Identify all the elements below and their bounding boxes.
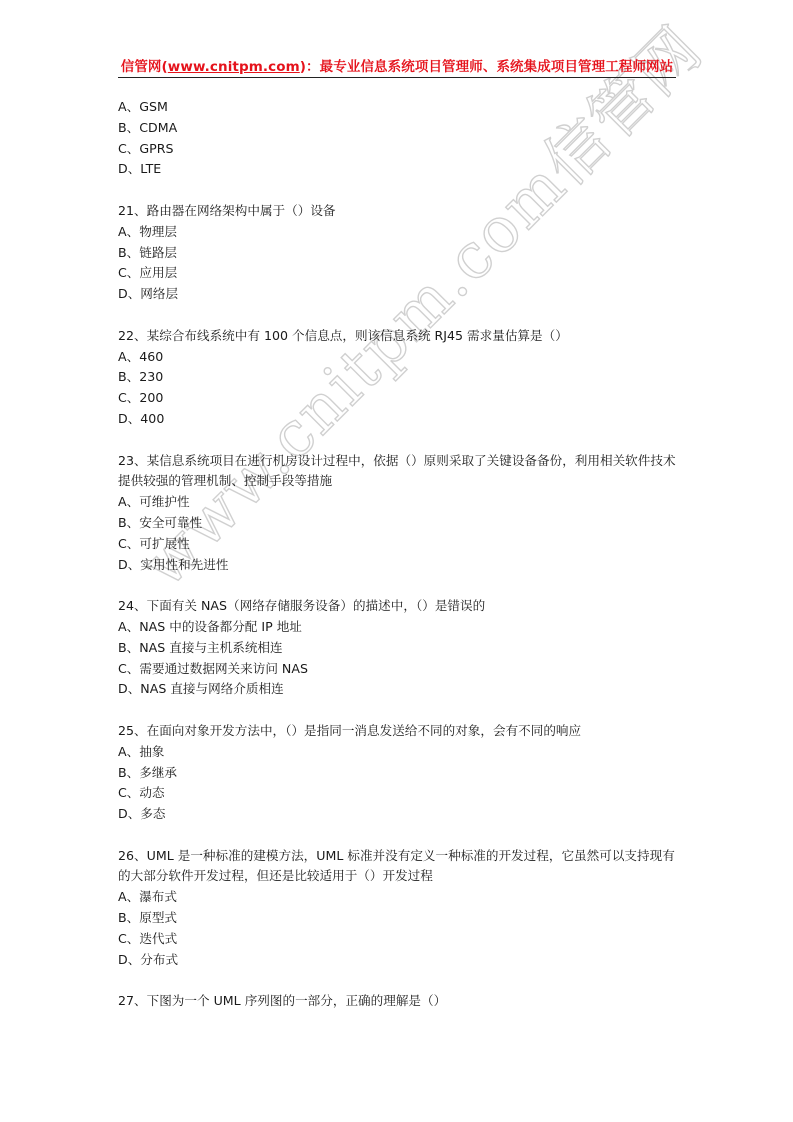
header-tagline: )：最专业信息系统项目管理师、系统集成项目管理工程师网站 bbox=[300, 59, 673, 75]
option-b: B、230 bbox=[118, 367, 678, 388]
option-a: A、460 bbox=[118, 347, 678, 368]
option-c: C、需要通过数据网关来访问 NAS bbox=[118, 659, 678, 680]
option-c: C、动态 bbox=[118, 783, 678, 804]
option-a: A、抽象 bbox=[118, 742, 678, 763]
option-c: C、GPRS bbox=[118, 139, 678, 160]
question-25: 25、在面向对象开发方法中，（）是指同一消息发送给不同的对象，会有不同的响应 A… bbox=[118, 721, 678, 825]
option-b: B、链路层 bbox=[118, 243, 678, 264]
question-21: 21、路由器在网络架构中属于（）设备 A、物理层 B、链路层 C、应用层 D、网… bbox=[118, 201, 678, 305]
option-d: D、多态 bbox=[118, 804, 678, 825]
option-a: A、GSM bbox=[118, 97, 678, 118]
question-26: 26、UML 是一种标准的建模方法，UML 标准并没有定义一种标准的开发过程，它… bbox=[118, 846, 678, 971]
question-27: 27、下图为一个 UML 序列图的一部分，正确的理解是（） bbox=[118, 991, 678, 1012]
option-b: B、多继承 bbox=[118, 763, 678, 784]
option-c: C、迭代式 bbox=[118, 929, 678, 950]
option-d: D、400 bbox=[118, 409, 678, 430]
question-stem: 23、某信息系统项目在进行机房设计过程中，依据（）原则采取了关键设备备份，利用相… bbox=[118, 451, 678, 493]
header-url-link[interactable]: www.cnitpm.com bbox=[168, 59, 300, 75]
option-b: B、NAS 直接与主机系统相连 bbox=[118, 638, 678, 659]
option-a: A、NAS 中的设备都分配 IP 地址 bbox=[118, 617, 678, 638]
option-a: A、瀑布式 bbox=[118, 887, 678, 908]
question-stem: 24、下面有关 NAS（网络存储服务设备）的描述中，（）是错误的 bbox=[118, 596, 678, 617]
option-a: A、物理层 bbox=[118, 222, 678, 243]
question-stem: 21、路由器在网络架构中属于（）设备 bbox=[118, 201, 678, 222]
question-stem: 25、在面向对象开发方法中，（）是指同一消息发送给不同的对象，会有不同的响应 bbox=[118, 721, 678, 742]
page-header: 信管网(www.cnitpm.com)：最专业信息系统项目管理师、系统集成项目管… bbox=[118, 57, 676, 77]
option-c: C、200 bbox=[118, 388, 678, 409]
option-c: C、应用层 bbox=[118, 263, 678, 284]
option-a: A、可维护性 bbox=[118, 492, 678, 513]
question-20-options: A、GSM B、CDMA C、GPRS D、LTE bbox=[118, 97, 678, 180]
option-c: C、可扩展性 bbox=[118, 534, 678, 555]
option-d: D、实用性和先进性 bbox=[118, 555, 678, 576]
header-divider bbox=[118, 77, 676, 78]
question-24: 24、下面有关 NAS（网络存储服务设备）的描述中，（）是错误的 A、NAS 中… bbox=[118, 596, 678, 700]
question-23: 23、某信息系统项目在进行机房设计过程中，依据（）原则采取了关键设备备份，利用相… bbox=[118, 451, 678, 576]
document-page: www.cnitpm.com信管网 信管网(www.cnitpm.com)：最专… bbox=[0, 0, 793, 1122]
document-body: A、GSM B、CDMA C、GPRS D、LTE 21、路由器在网络架构中属于… bbox=[118, 97, 678, 1033]
option-d: D、LTE bbox=[118, 159, 678, 180]
question-22: 22、某综合布线系统中有 100 个信息点，则该信息系统 RJ45 需求量估算是… bbox=[118, 326, 678, 430]
question-stem: 22、某综合布线系统中有 100 个信息点，则该信息系统 RJ45 需求量估算是… bbox=[118, 326, 678, 347]
question-stem: 27、下图为一个 UML 序列图的一部分，正确的理解是（） bbox=[118, 991, 678, 1012]
option-d: D、分布式 bbox=[118, 950, 678, 971]
header-site-name: 信管网( bbox=[121, 59, 168, 75]
question-stem: 26、UML 是一种标准的建模方法，UML 标准并没有定义一种标准的开发过程，它… bbox=[118, 846, 678, 888]
option-d: D、NAS 直接与网络介质相连 bbox=[118, 679, 678, 700]
option-b: B、原型式 bbox=[118, 908, 678, 929]
option-b: B、CDMA bbox=[118, 118, 678, 139]
option-d: D、网络层 bbox=[118, 284, 678, 305]
option-b: B、安全可靠性 bbox=[118, 513, 678, 534]
